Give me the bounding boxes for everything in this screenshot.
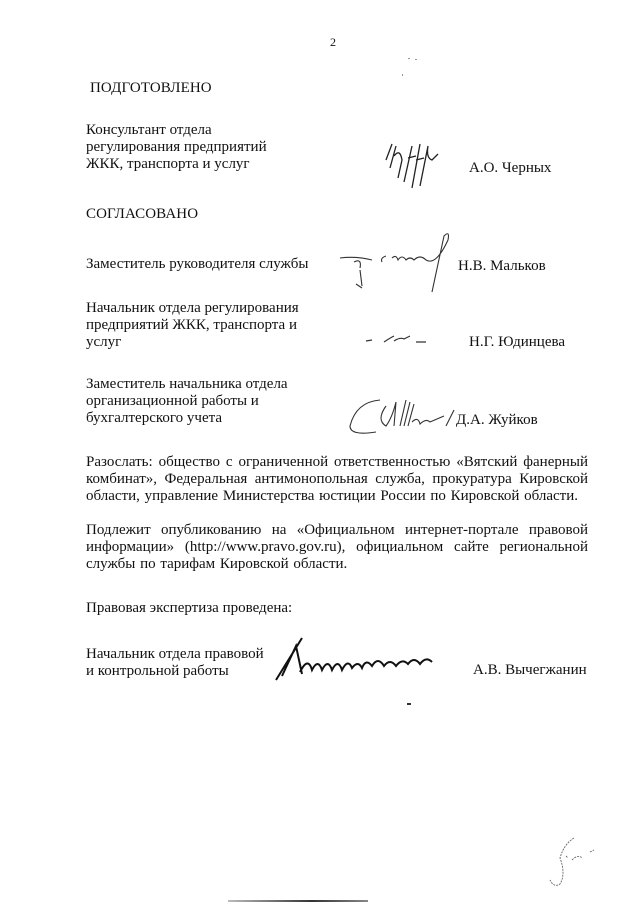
signer-role-cherny: Консультант отдела регулирования предпри… bbox=[86, 122, 326, 173]
role-line: Заместитель руководителя службы bbox=[86, 256, 326, 273]
role-line: предприятий ЖКК, транспорта и bbox=[86, 317, 326, 334]
approved-heading: СОГЛАСОВАНО bbox=[86, 206, 198, 223]
role-line: Консультант отдела bbox=[86, 122, 326, 139]
signature-zhuikov bbox=[346, 396, 466, 436]
role-line: ЖКК, транспорта и услуг bbox=[86, 156, 326, 173]
scan-speck bbox=[407, 703, 411, 705]
scan-speck bbox=[415, 59, 417, 60]
scan-speck bbox=[402, 74, 403, 76]
role-line: регулирования предприятий bbox=[86, 139, 326, 156]
signer-role-yudintseva: Начальник отдела регулирования предприят… bbox=[86, 300, 326, 351]
legal-review-heading: Правовая экспертиза проведена: bbox=[86, 600, 292, 617]
signature-malkov bbox=[336, 226, 466, 296]
signer-role-zhuikov: Заместитель начальника отдела организаци… bbox=[86, 376, 326, 427]
role-line: бухгалтерского учета bbox=[86, 410, 326, 427]
role-line: Начальник отдела регулирования bbox=[86, 300, 326, 317]
publication-paragraph: Подлежит опубликованию на «Официальном и… bbox=[86, 522, 588, 573]
page-number: 2 bbox=[330, 34, 336, 51]
signer-name-vychegzhanin: А.В. Вычегжанин bbox=[473, 662, 587, 679]
signature-yudintseva bbox=[364, 330, 434, 346]
signer-role-malkov: Заместитель руководителя службы bbox=[86, 256, 326, 273]
role-line: организационной работы и bbox=[86, 393, 326, 410]
signer-name-yudintseva: Н.Г. Юдинцева bbox=[469, 334, 565, 351]
initials-mark bbox=[546, 834, 606, 894]
scan-edge-line bbox=[228, 900, 368, 902]
prepared-heading: ПОДГОТОВЛЕНО bbox=[90, 80, 212, 97]
signer-name-zhuikov: Д.А. Жуйков bbox=[456, 412, 538, 429]
role-line: услуг bbox=[86, 334, 326, 351]
scan-speck bbox=[408, 58, 410, 59]
signer-name-cherny: А.О. Черных bbox=[469, 160, 551, 177]
distribution-paragraph: Разослать: общество с ограниченной ответ… bbox=[86, 454, 588, 505]
signature-cherny bbox=[382, 138, 442, 198]
signer-name-malkov: Н.В. Мальков bbox=[458, 258, 546, 275]
signature-vychegzhanin bbox=[272, 636, 452, 686]
role-line: Заместитель начальника отдела bbox=[86, 376, 326, 393]
